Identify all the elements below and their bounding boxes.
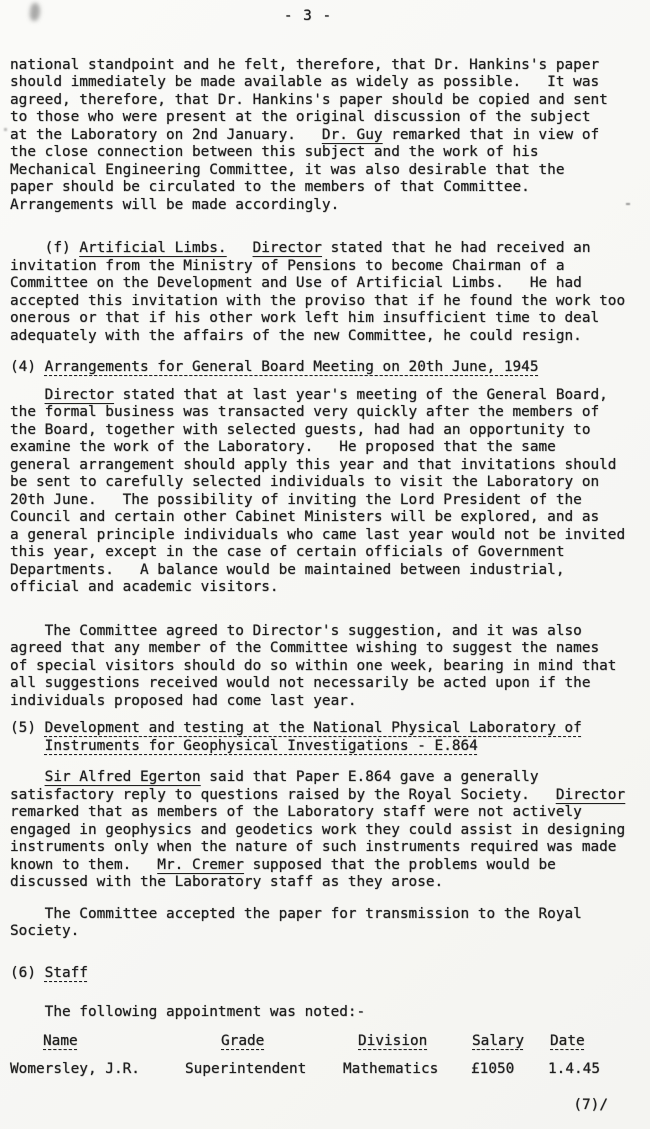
- text-line: be sent to carefully selected individual…: [10, 474, 650, 492]
- underlined-text: Director: [45, 387, 114, 403]
- text-line: official and academic visitors.: [10, 579, 650, 597]
- column-header-grade: Grade: [221, 1033, 264, 1049]
- section-heading-6-staff: (6) Staff: [10, 965, 650, 983]
- column-header-grade-cell: Grade: [183, 1033, 339, 1051]
- page-number: - 3 -: [0, 0, 650, 26]
- text-line: Council and certain other Cabinet Minist…: [10, 509, 650, 527]
- text-line: The Committee agreed to Director's sugge…: [10, 623, 650, 641]
- text-line: Mechanical Engineering Committee, it was…: [10, 162, 650, 180]
- text-segment: at the Laboratory on 2nd January.: [10, 127, 322, 143]
- document-body: national standpoint and he felt, therefo…: [0, 57, 650, 1022]
- staff-table: Name Grade Division Salary Date Womersle…: [0, 1033, 650, 1079]
- text-line: all suggestions received would not neces…: [10, 675, 650, 693]
- paragraph-hankins-paper: national standpoint and he felt, therefo…: [10, 57, 650, 215]
- text-line: Director stated that at last year's meet…: [10, 387, 650, 405]
- text-segment: the Board, together with selected guests…: [10, 422, 590, 438]
- text-segment: national standpoint and he felt, therefo…: [10, 57, 599, 73]
- text-segment: should immediately be made available as …: [10, 74, 599, 90]
- text-segment: paper should be circulated to the member…: [10, 179, 530, 195]
- text-segment: [10, 738, 45, 754]
- text-line: instruments only when the nature of such…: [10, 839, 650, 857]
- text-segment: adequately with the affairs of the new C…: [10, 328, 582, 344]
- text-segment: engaged in geophysics and geodetics work…: [10, 822, 625, 838]
- section-heading-4-general-board-meeting: (4) Arrangements for General Board Meeti…: [10, 359, 650, 377]
- text-segment: of special visitors should do so within …: [10, 658, 616, 674]
- text-segment: general arrangement should apply this ye…: [10, 457, 616, 473]
- text-line: (f) Artificial Limbs. Director stated th…: [10, 240, 650, 258]
- text-line: should immediately be made available as …: [10, 74, 650, 92]
- text-line: examine the work of the Laboratory. He p…: [10, 439, 650, 457]
- text-line: Sir Alfred Egerton said that Paper E.864…: [10, 769, 650, 787]
- scan-speck: [626, 203, 630, 205]
- text-segment: (6): [10, 965, 45, 981]
- text-segment: 20th June. The possibility of inviting t…: [10, 492, 582, 508]
- text-line: Society.: [10, 923, 650, 941]
- paragraph-director-general-board: Director stated that at last year's meet…: [10, 387, 650, 597]
- text-line: the close connection between this subjec…: [10, 144, 650, 162]
- text-segment: [227, 240, 253, 256]
- text-segment: stated that he had received an: [322, 240, 591, 256]
- paragraph-artificial-limbs: (f) Artificial Limbs. Director stated th…: [10, 240, 650, 345]
- text-segment: Mechanical Engineering Committee, it was…: [10, 162, 565, 178]
- text-line: agreed that any member of the Committee …: [10, 640, 650, 658]
- paragraph-appointment-noted: The following appointment was noted:-: [10, 1004, 650, 1022]
- text-line: engaged in geophysics and geodetics work…: [10, 822, 650, 840]
- text-line: national standpoint and he felt, therefo…: [10, 57, 650, 75]
- text-segment: The following appointment was noted:-: [10, 1004, 365, 1020]
- paragraph-paper-accepted: The Committee accepted the paper for tra…: [10, 906, 650, 941]
- column-header-name: Name: [43, 1033, 78, 1049]
- column-header-salary: Salary: [472, 1033, 524, 1049]
- text-segment: agreed that any member of the Committee …: [10, 640, 599, 656]
- text-segment: remarked that in view of: [383, 127, 600, 143]
- staff-date: 1.4.45: [548, 1061, 650, 1079]
- text-segment: agreed, therefore, that Dr. Hankins's pa…: [10, 92, 608, 108]
- text-segment: said that Paper E.864 gave a generally: [201, 769, 539, 785]
- text-line: to those who were present at the origina…: [10, 109, 650, 127]
- staff-grade: Superintendent: [183, 1061, 339, 1079]
- text-segment: all suggestions received would not neces…: [10, 675, 590, 691]
- staff-name: Womersley, J.R.: [10, 1061, 183, 1079]
- text-segment: [10, 387, 45, 403]
- underlined-text: Director: [556, 787, 625, 803]
- text-segment: individuals proposed had come last year.: [10, 693, 357, 709]
- text-line: agreed, therefore, that Dr. Hankins's pa…: [10, 92, 650, 110]
- text-line: accepted this invitation with the provis…: [10, 293, 650, 311]
- text-line: adequately with the affairs of the new C…: [10, 328, 650, 346]
- text-line: invitation from the Ministry of Pensions…: [10, 258, 650, 276]
- text-segment: a general principle individuals who came…: [10, 527, 625, 543]
- text-line: general arrangement should apply this ye…: [10, 457, 650, 475]
- text-segment: to those who were present at the origina…: [10, 109, 590, 125]
- heading-line: (6) Staff: [10, 965, 650, 983]
- underlined-text: Development and testing at the National …: [45, 720, 582, 736]
- text-segment: discussed with the Laboratory staff as t…: [10, 874, 443, 890]
- staff-salary: £1050: [470, 1061, 548, 1079]
- underlined-text: Dr. Guy: [322, 127, 383, 143]
- underlined-text: Sir Alfred Egerton: [45, 769, 201, 785]
- page-continuation-mark: (7)/: [0, 1097, 650, 1115]
- text-line: this year, except in the case of certain…: [10, 544, 650, 562]
- underlined-text: Arrangements for General Board Meeting o…: [45, 359, 539, 375]
- text-segment: the close connection between this subjec…: [10, 144, 539, 160]
- column-header-division: Division: [358, 1033, 427, 1049]
- text-line: discussed with the Laboratory staff as t…: [10, 874, 650, 892]
- text-segment: invitation from the Ministry of Pensions…: [10, 258, 565, 274]
- underlined-text: Staff: [45, 965, 88, 981]
- text-line: individuals proposed had come last year.: [10, 693, 650, 711]
- text-line: at the Laboratory on 2nd January. Dr. Gu…: [10, 127, 650, 145]
- text-line: Committee on the Development and Use of …: [10, 275, 650, 293]
- staff-table-row: Womersley, J.R. Superintendent Mathemati…: [10, 1061, 650, 1079]
- paragraph-committee-agreed: The Committee agreed to Director's sugge…: [10, 623, 650, 711]
- text-line: paper should be circulated to the member…: [10, 179, 650, 197]
- text-line: remarked that as members of the Laborato…: [10, 804, 650, 822]
- text-segment: the formal business was transacted very …: [10, 404, 599, 420]
- column-header-salary-cell: Salary: [470, 1033, 548, 1051]
- column-header-date: Date: [550, 1033, 585, 1049]
- scanned-minutes-page: - 3 - national standpoint and he felt, t…: [0, 0, 650, 1129]
- text-segment: stated that at last year's meeting of th…: [114, 387, 608, 403]
- text-segment: (4): [10, 359, 45, 375]
- scan-speck: [4, 128, 7, 131]
- text-segment: The Committee agreed to Director's sugge…: [10, 623, 582, 639]
- text-line: satisfactory reply to questions raised b…: [10, 787, 650, 805]
- text-segment: The Committee accepted the paper for tra…: [10, 906, 582, 922]
- text-segment: satisfactory reply to questions raised b…: [10, 787, 556, 803]
- text-segment: instruments only when the nature of such…: [10, 839, 616, 855]
- heading-line: (5) Development and testing at the Natio…: [10, 720, 650, 738]
- text-line: the Board, together with selected guests…: [10, 422, 650, 440]
- text-line: of special visitors should do so within …: [10, 658, 650, 676]
- text-segment: Society.: [10, 923, 79, 939]
- text-line: onerous or that if his other work left h…: [10, 310, 650, 328]
- paragraph-egerton-e864: Sir Alfred Egerton said that Paper E.864…: [10, 769, 650, 892]
- staff-division: Mathematics: [339, 1061, 470, 1079]
- text-segment: Arrangements will be made accordingly.: [10, 197, 339, 213]
- text-segment: accepted this invitation with the provis…: [10, 293, 625, 309]
- heading-line: Instruments for Geophysical Investigatio…: [10, 738, 650, 756]
- staff-table-header-row: Name Grade Division Salary Date: [10, 1033, 650, 1051]
- text-line: The following appointment was noted:-: [10, 1004, 650, 1022]
- heading-line: (4) Arrangements for General Board Meeti…: [10, 359, 650, 377]
- text-line: The Committee accepted the paper for tra…: [10, 906, 650, 924]
- text-segment: Departments. A balance would be maintain…: [10, 562, 565, 578]
- text-segment: Committee on the Development and Use of …: [10, 275, 582, 291]
- text-line: known to them. Mr. Cremer supposed that …: [10, 857, 650, 875]
- text-segment: this year, except in the case of certain…: [10, 544, 565, 560]
- text-segment: (f): [10, 240, 79, 256]
- text-line: Arrangements will be made accordingly.: [10, 197, 650, 215]
- text-segment: official and academic visitors.: [10, 579, 279, 595]
- text-segment: supposed that the problems would be: [244, 857, 556, 873]
- underlined-text: Instruments for Geophysical Investigatio…: [45, 738, 478, 754]
- text-segment: examine the work of the Laboratory. He p…: [10, 439, 556, 455]
- underlined-text: Artificial Limbs.: [79, 240, 226, 256]
- text-line: 20th June. The possibility of inviting t…: [10, 492, 650, 510]
- text-segment: known to them.: [10, 857, 157, 873]
- text-segment: onerous or that if his other work left h…: [10, 310, 599, 326]
- text-line: the formal business was transacted very …: [10, 404, 650, 422]
- text-segment: remarked that as members of the Laborato…: [10, 804, 582, 820]
- underlined-text: Mr. Cremer: [157, 857, 244, 873]
- text-segment: be sent to carefully selected individual…: [10, 474, 599, 490]
- text-segment: (5): [10, 720, 45, 736]
- column-header-division-cell: Division: [339, 1033, 470, 1051]
- text-line: a general principle individuals who came…: [10, 527, 650, 545]
- text-line: Departments. A balance would be maintain…: [10, 562, 650, 580]
- column-header-date-cell: Date: [548, 1033, 650, 1051]
- section-heading-5-geophysical-instruments: (5) Development and testing at the Natio…: [10, 720, 650, 755]
- text-segment: [10, 769, 45, 785]
- underlined-text: Director: [253, 240, 322, 256]
- column-header-name-cell: Name: [10, 1033, 183, 1051]
- text-segment: Council and certain other Cabinet Minist…: [10, 509, 599, 525]
